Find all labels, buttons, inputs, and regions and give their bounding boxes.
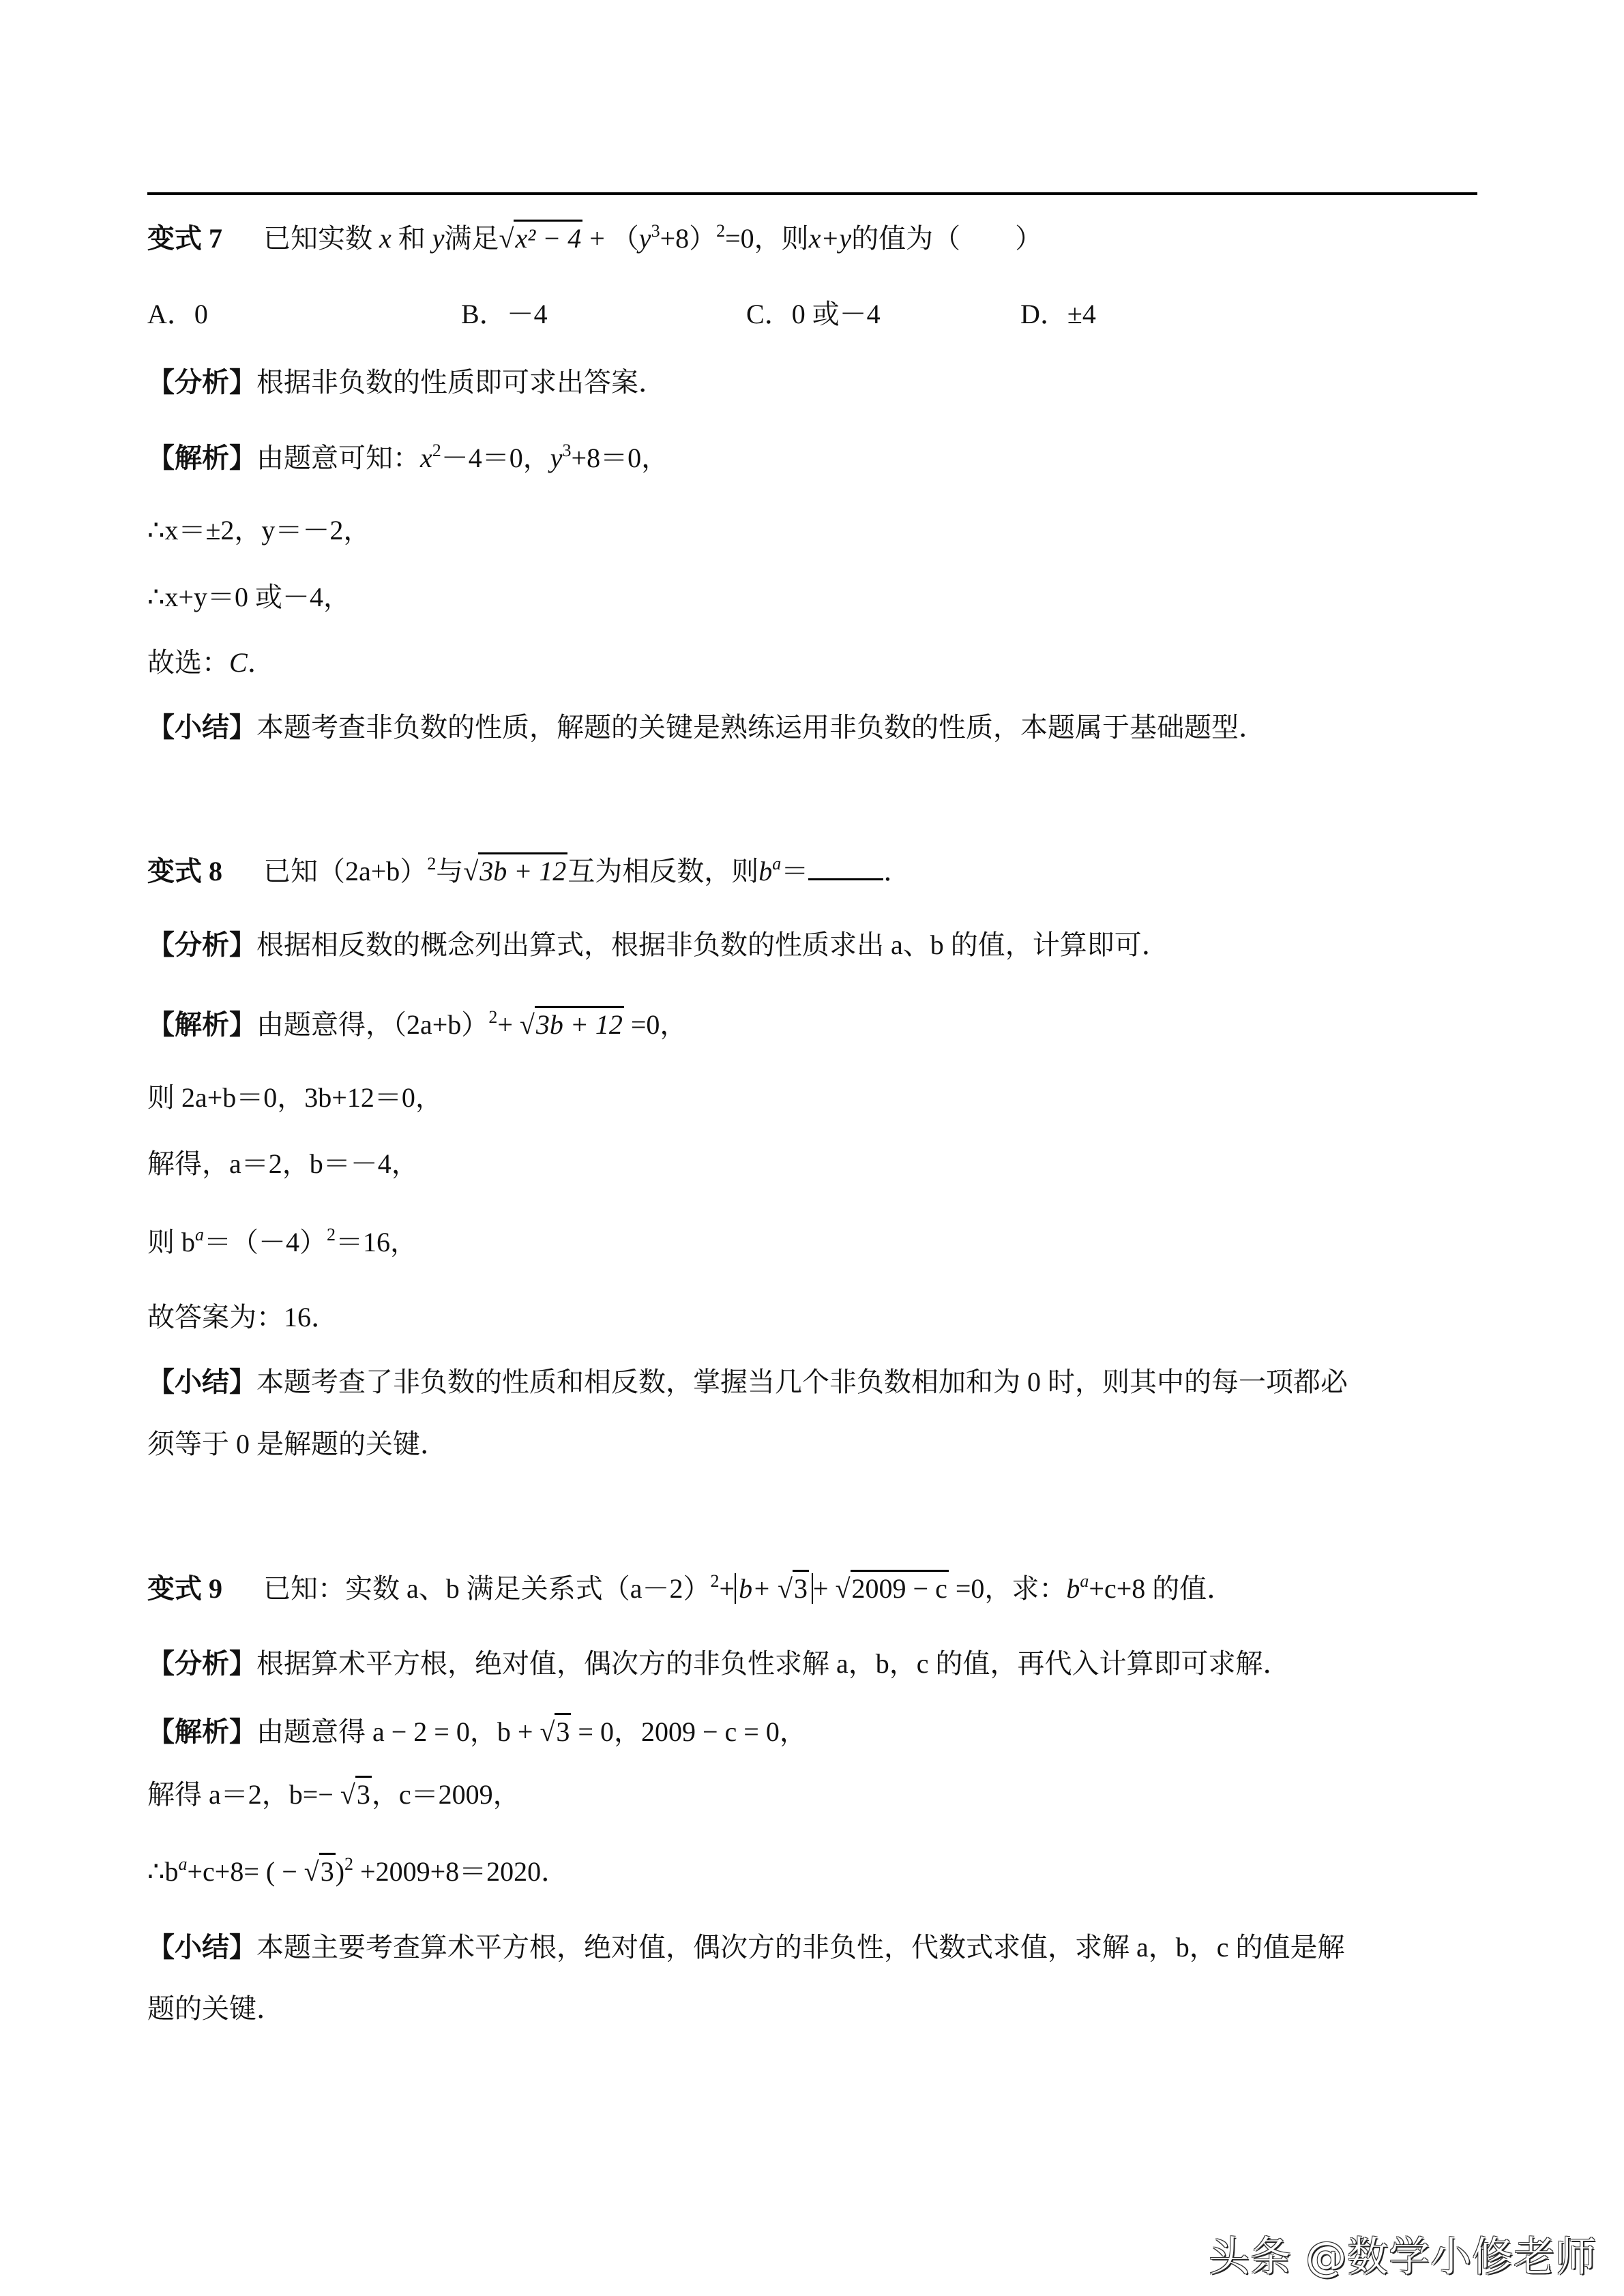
- stem-text: 与: [436, 856, 463, 886]
- variant9-question: 变式 9已知：实数 a、b 满足关系式（a－2）2+b+ √3+ √2009 −…: [147, 1572, 1234, 1605]
- stem-text: 和: [398, 223, 426, 254]
- radical-sign-icon: √: [499, 223, 514, 254]
- header-rule: [147, 192, 1477, 195]
- variant8-answer: 故答案为：16．: [147, 1301, 338, 1334]
- solution-text: 由题意可知：: [256, 443, 420, 473]
- radicand: 3: [355, 1776, 372, 1810]
- var-b: b: [758, 856, 772, 886]
- radical-sign-icon: √: [540, 1716, 555, 1747]
- solution-text: 由题意得，（2a+b）: [256, 1009, 488, 1040]
- variant8-summary-cont: 须等于 0 是解题的关键．: [147, 1428, 447, 1461]
- radicand: 3: [793, 1570, 809, 1604]
- solution-text: +: [497, 1009, 520, 1040]
- sqrt-expression: √3: [340, 1778, 372, 1811]
- exponent: 2: [432, 441, 441, 460]
- stem-text: 满足: [445, 223, 499, 254]
- step-text: ，c＝2009，: [372, 1779, 520, 1810]
- variant7-answer: 故选：C．: [147, 646, 275, 679]
- variant9-solution: 【解析】由题意得 a − 2 = 0，b + √3 = 0，2009 − c =…: [147, 1716, 807, 1748]
- option-value: ±4: [1067, 299, 1096, 329]
- step-text: +c+8= ( −: [187, 1856, 304, 1887]
- stem-text: 的值为（ ）: [851, 223, 1042, 254]
- watermark: 头条 @数学小修老师: [1209, 2224, 1597, 2283]
- answer-choice: C: [229, 647, 248, 678]
- analysis-text: 根据算术平方根，绝对值，偶次方的非负性求解 a，b，c 的值，再代入计算即可求解…: [256, 1648, 1290, 1679]
- step-text: 则 b: [147, 1227, 195, 1257]
- option-value: 0 或－4: [792, 299, 881, 329]
- variant7-step3: ∴x+y＝0 或－4，: [147, 581, 351, 614]
- step-text: ): [336, 1856, 344, 1887]
- variant7-label: 变式 7: [147, 223, 222, 254]
- solution-text: 由题意得 a − 2 = 0，b +: [256, 1716, 540, 1747]
- sqrt-expression: √2009 − c: [836, 1572, 949, 1605]
- stem-text: +: [813, 1573, 836, 1604]
- variant9-analysis: 【分析】根据算术平方根，绝对值，偶次方的非负性求解 a，b，c 的值，再代入计算…: [147, 1648, 1290, 1680]
- option-key: A．: [147, 299, 194, 329]
- solution-text: +8＝0，: [572, 443, 669, 473]
- step-text: 解得 a＝2，b=−: [147, 1779, 340, 1810]
- radicand: 3b + 12: [478, 852, 567, 886]
- variant7-step2: ∴x＝±2，y＝－2，: [147, 514, 370, 547]
- exponent: a: [1080, 1571, 1089, 1591]
- radicand: x² − 4: [514, 220, 582, 254]
- option-a: A．0: [147, 298, 208, 331]
- sqrt-expression: √3b + 12: [520, 1009, 624, 1041]
- answer-blank[interactable]: [808, 855, 883, 880]
- variant9-summary: 【小结】本题主要考查算术平方根，绝对值，偶次方的非负性，代数式求值，求解 a，b…: [147, 1931, 1345, 1964]
- var-b: b: [1066, 1573, 1080, 1604]
- summary-tag: 【小结】: [147, 1932, 256, 1963]
- radicand: 3: [319, 1853, 336, 1887]
- sqrt-expression: √3: [304, 1855, 336, 1888]
- stem-text: 互为相反数，则: [567, 856, 758, 886]
- exponent: 3: [563, 441, 572, 460]
- exponent: a: [195, 1225, 204, 1244]
- expr-xy: x+y: [809, 223, 852, 254]
- radicand: 3: [555, 1713, 571, 1747]
- variant8-analysis: 【分析】根据相反数的概念列出算式，根据非负数的性质求出 a、b 的值，计算即可．: [147, 929, 1169, 961]
- variant7-solution: 【解析】由题意可知：x2－4＝0，y3+8＝0，: [147, 442, 668, 475]
- variant7-summary: 【小结】本题考查非负数的性质，解题的关键是熟练运用非负数的性质，本题属于基础题型…: [147, 711, 1266, 744]
- exponent: 2: [716, 221, 725, 241]
- variant8-summary: 【小结】本题考查了非负数的性质和相反数，掌握当几个非负数相加和为 0 时，则其中…: [147, 1366, 1348, 1399]
- summary-text: 本题考查非负数的性质，解题的关键是熟练运用非负数的性质，本题属于基础题型．: [256, 712, 1266, 743]
- answer-prefix: 故选：: [147, 647, 229, 678]
- exponent: 2: [327, 1225, 336, 1244]
- sqrt-expression: √x² − 4: [499, 222, 583, 255]
- stem-text: =0，则: [725, 223, 809, 254]
- variant8-question: 变式 8已知（2a+b）2与√3b + 12互为相反数，则ba＝．: [147, 855, 911, 888]
- stem-text: + （: [582, 223, 639, 254]
- absolute-value: b+ √3: [735, 1573, 813, 1604]
- option-d: D．±4: [1020, 298, 1096, 331]
- step-text: ∴b: [147, 1856, 178, 1887]
- radicand: 2009 − c: [851, 1570, 949, 1604]
- stem-text: 已知实数: [263, 223, 372, 254]
- exponent: 2: [711, 1571, 720, 1591]
- var-y: y: [550, 443, 563, 473]
- var-x: x: [379, 223, 392, 254]
- option-c: C．0 或－4: [746, 298, 881, 331]
- step-text: ＝16，: [336, 1227, 417, 1257]
- step-text: ＝（－4）: [204, 1227, 327, 1257]
- var-b: b+: [739, 1573, 778, 1604]
- option-key: C．: [746, 299, 792, 329]
- option-key: D．: [1020, 299, 1067, 329]
- variant8-solution: 【解析】由题意得，（2a+b）2+ √3b + 12 =0，: [147, 1009, 687, 1041]
- option-value: 0: [194, 299, 208, 329]
- analysis-tag: 【分析】: [147, 1648, 256, 1679]
- variant8-step2: 则 2a+b＝0，3b+12＝0，: [147, 1082, 443, 1114]
- stem-text: ．: [883, 856, 911, 886]
- radicand: 3b + 12: [535, 1006, 624, 1040]
- option-value: －4: [507, 299, 548, 329]
- exponent: 3: [651, 221, 660, 241]
- stem-text: 已知（2a+b）: [263, 856, 427, 886]
- step-text: +2009+8＝2020．: [353, 1856, 568, 1887]
- variant9-step2: 解得 a＝2，b=− √3，c＝2009，: [147, 1778, 520, 1811]
- stem-text: +: [720, 1573, 735, 1604]
- option-b: B．－4: [461, 298, 548, 331]
- sqrt-expression: √3: [540, 1716, 571, 1748]
- radical-sign-icon: √: [778, 1573, 793, 1604]
- stem-text: ＝: [781, 856, 808, 886]
- solution-text: －4＝0，: [441, 443, 550, 473]
- radical-sign-icon: √: [304, 1856, 319, 1887]
- var-y: y: [432, 223, 445, 254]
- summary-text: 本题主要考查算术平方根，绝对值，偶次方的非负性，代数式求值，求解 a，b，c 的…: [256, 1932, 1345, 1963]
- variant9-label: 变式 9: [147, 1573, 222, 1604]
- exponent: 2: [488, 1007, 497, 1027]
- variant8-step4: 则 ba＝（－4）2＝16，: [147, 1226, 417, 1259]
- answer-tail: ．: [248, 647, 275, 678]
- solution-text: = 0，2009 − c = 0，: [571, 1716, 806, 1747]
- solution-tag: 【解析】: [147, 1716, 256, 1747]
- stem-text: +c+8 的值．: [1089, 1573, 1234, 1604]
- solution-tag: 【解析】: [147, 443, 256, 473]
- stem-text: =0，求：: [949, 1573, 1067, 1604]
- var-y: y: [639, 223, 651, 254]
- option-key: B．: [461, 299, 507, 329]
- solution-tag: 【解析】: [147, 1009, 256, 1040]
- exponent: 2: [427, 854, 436, 874]
- variant8-label: 变式 8: [147, 856, 222, 886]
- analysis-text: 根据相反数的概念列出算式，根据非负数的性质求出 a、b 的值，计算即可．: [256, 929, 1169, 960]
- var-x: x: [420, 443, 432, 473]
- summary-tag: 【小结】: [147, 712, 256, 743]
- stem-text: 已知：实数 a、b 满足关系式（a－2）: [263, 1573, 711, 1604]
- analysis-tag: 【分析】: [147, 929, 256, 960]
- radical-sign-icon: √: [463, 856, 478, 886]
- variant7-question: 变式 7已知实数 x 和 y满足√x² − 4 + （y3+8）2=0，则x+y…: [147, 222, 1042, 255]
- variant9-step3: ∴ba+c+8= ( − √3)2 +2009+8＝2020．: [147, 1855, 568, 1888]
- radical-sign-icon: √: [836, 1573, 851, 1604]
- variant9-summary-cont: 题的关键．: [147, 1993, 284, 2025]
- exponent: 2: [344, 1854, 353, 1874]
- exponent: a: [178, 1854, 187, 1874]
- exponent: a: [772, 854, 781, 874]
- summary-text: 本题考查了非负数的性质和相反数，掌握当几个非负数相加和为 0 时，则其中的每一项…: [256, 1367, 1348, 1397]
- analysis-tag: 【分析】: [147, 367, 256, 398]
- sqrt-expression: √3b + 12: [463, 855, 567, 888]
- solution-text: =0，: [624, 1009, 688, 1040]
- stem-text: +8）: [660, 223, 717, 254]
- radical-sign-icon: √: [520, 1009, 535, 1040]
- sqrt-expression: √3: [778, 1572, 809, 1605]
- analysis-text: 根据非负数的性质即可求出答案．: [256, 367, 666, 398]
- variant8-step3: 解得，a＝2，b＝－4，: [147, 1148, 419, 1180]
- variant7-analysis: 【分析】根据非负数的性质即可求出答案．: [147, 366, 666, 399]
- summary-tag: 【小结】: [147, 1367, 256, 1397]
- radical-sign-icon: √: [340, 1779, 355, 1810]
